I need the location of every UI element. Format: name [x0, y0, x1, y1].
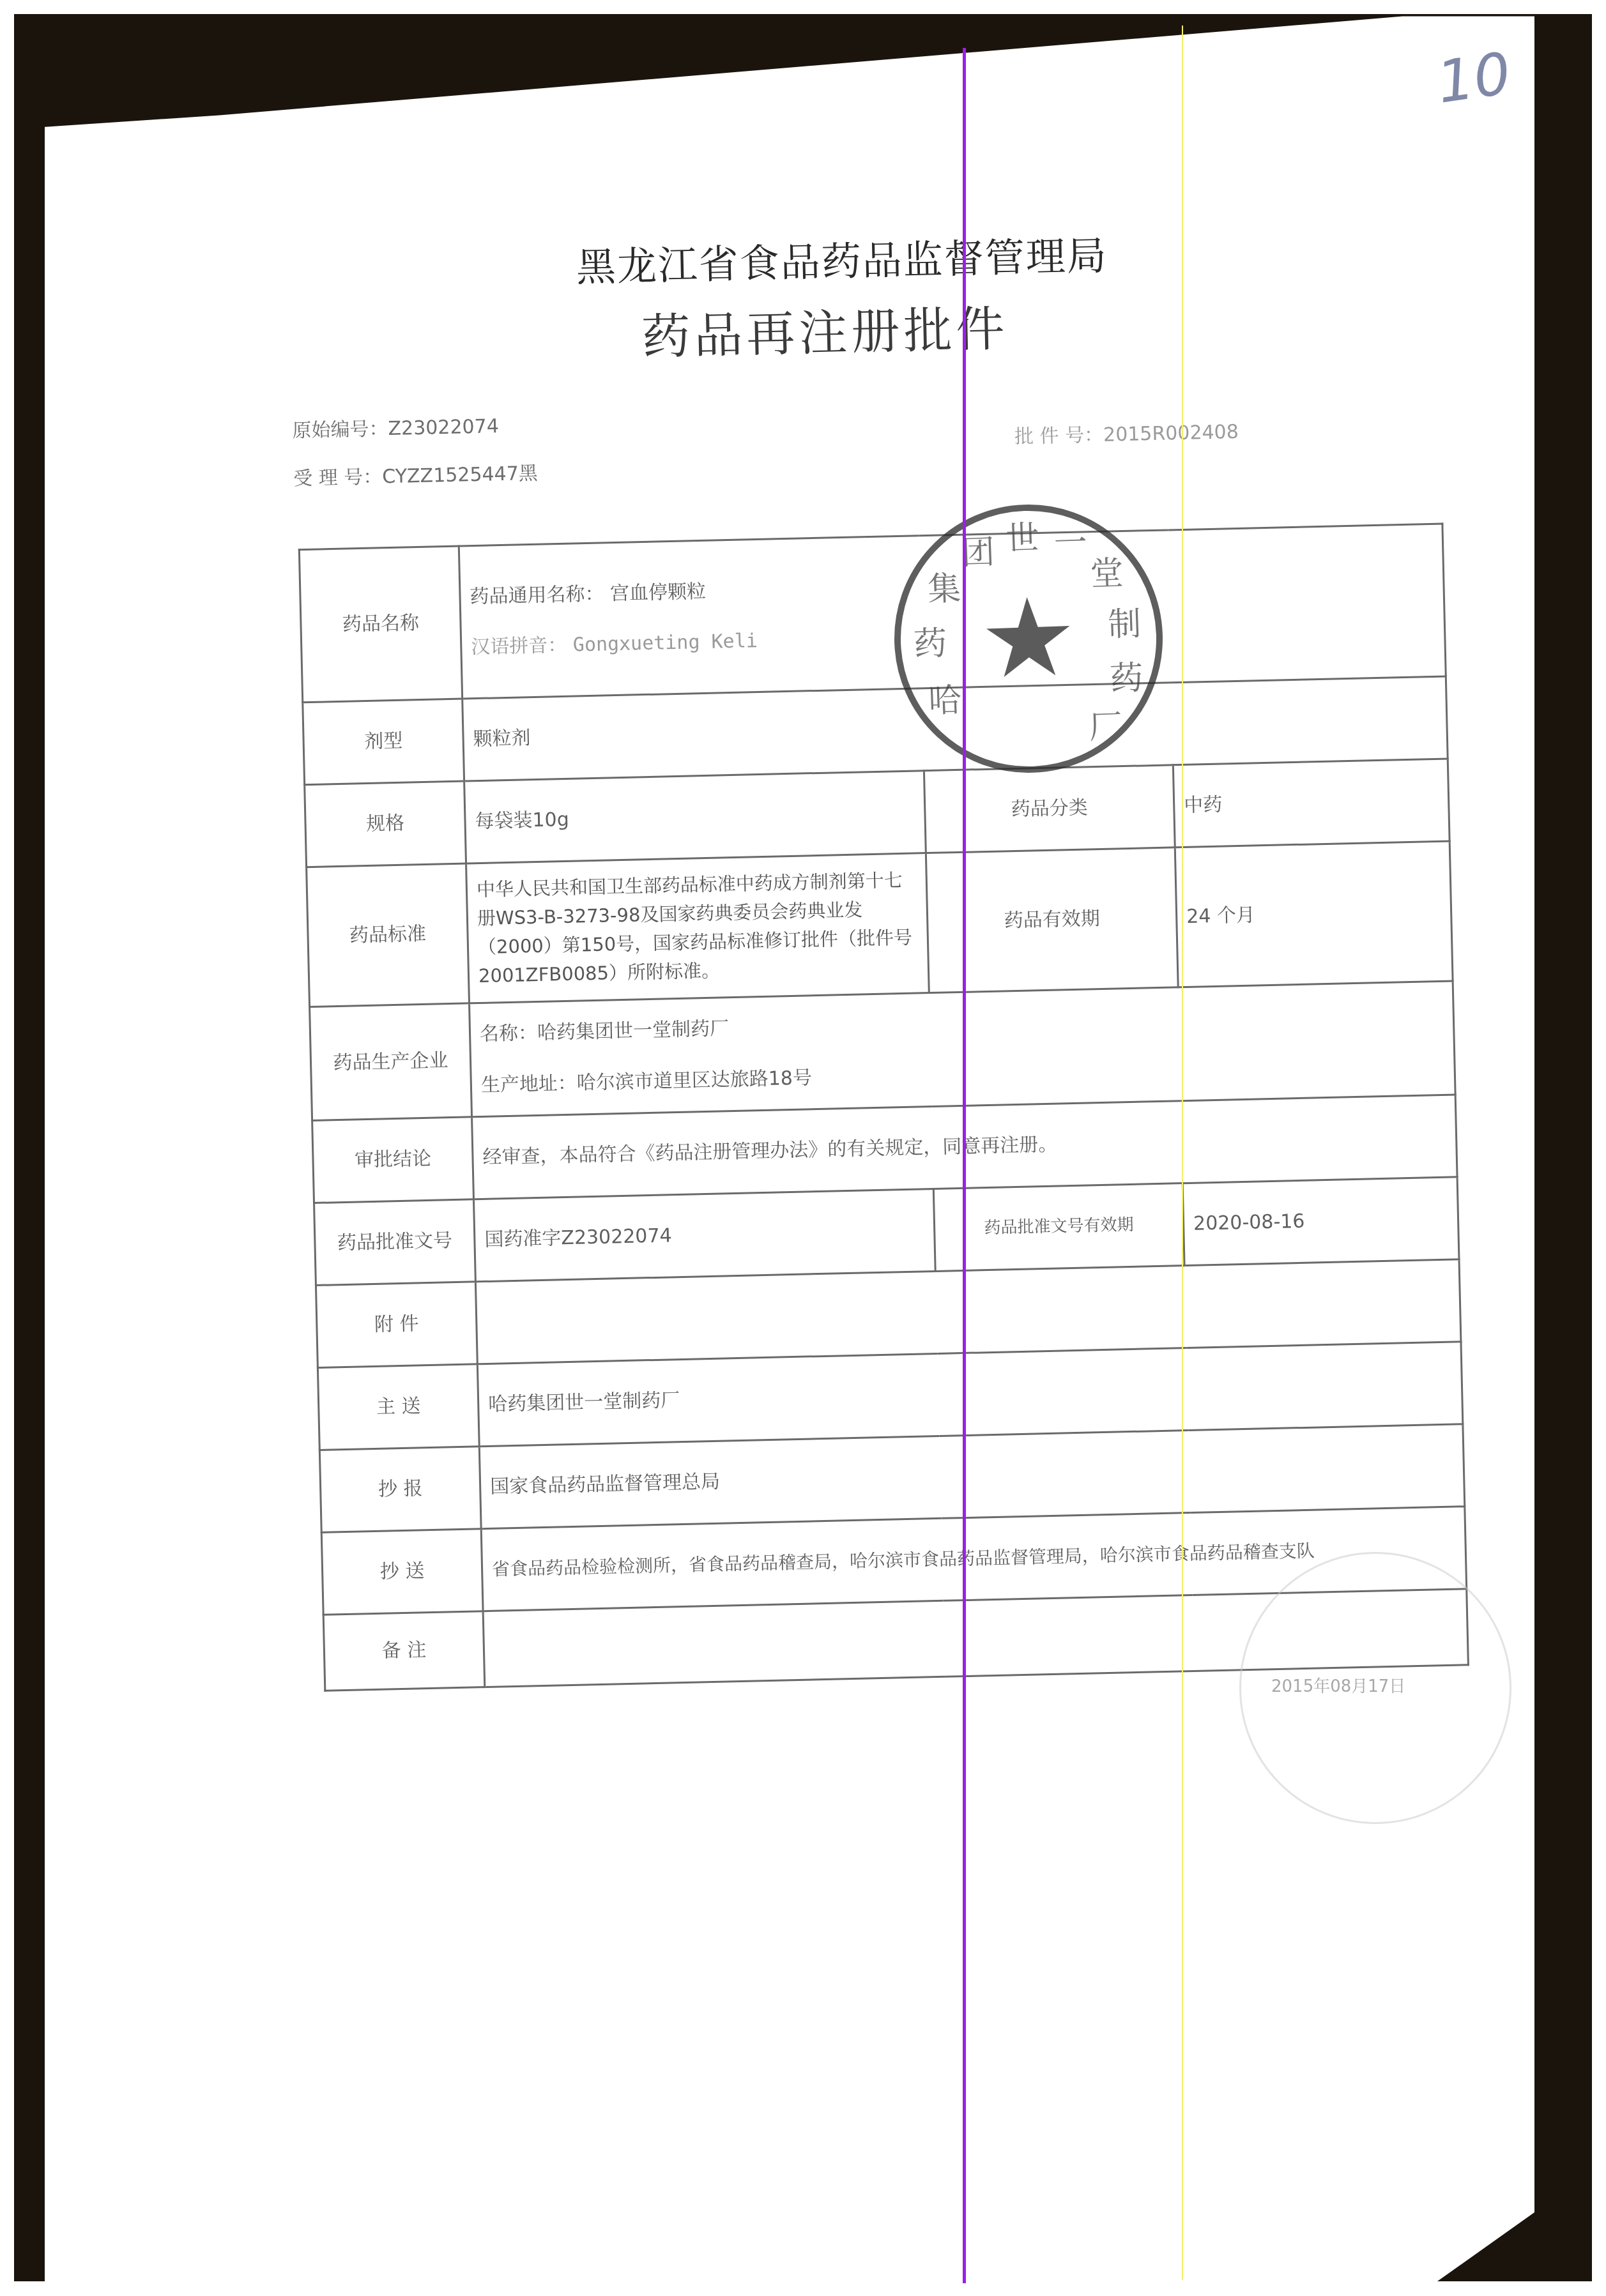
issuer-name: 黑龙江省食品药品监督管理局 — [576, 224, 1108, 293]
acceptance-number-label: 受 理 号： — [293, 466, 383, 490]
seal-char: 一 — [1053, 515, 1088, 565]
manufacturer-address-label: 生产地址： — [481, 1072, 577, 1096]
manufacturer-address-value: 哈尔滨市道里区达旅路18号 — [576, 1067, 812, 1094]
row-label: 规格 — [305, 781, 466, 867]
star-icon: ★ — [978, 582, 1079, 694]
pinyin-label: 汉语拼音： — [471, 634, 567, 658]
generic-name-label: 药品通用名称： — [470, 582, 604, 608]
approval-number-expiry-value: 2020-08-16 — [1182, 1177, 1459, 1266]
acceptance-number: 受 理 号：CYZZ1525447黑 — [293, 457, 538, 491]
row-label: 药品批准文号有效期 — [933, 1183, 1184, 1272]
seal-char: 制 — [1107, 597, 1142, 646]
manufacturer-name-label: 名称： — [480, 1022, 538, 1045]
scanner-artifact-line — [1182, 26, 1183, 2280]
original-number-value: Z23022074 — [388, 415, 499, 440]
row-label: 备 注 — [323, 1611, 485, 1691]
original-number-label: 原始编号： — [292, 418, 388, 442]
scanner-artifact-line — [963, 48, 966, 2283]
drug-standard-value: 中华人民共和国卫生部药品标准中药成方制剂第十七册WS3-B-3273-98及国家… — [466, 853, 929, 1003]
handwritten-page-number: 10 — [1433, 40, 1515, 117]
issue-date-stamp: 2015年08月17日 — [1271, 1673, 1405, 1697]
approval-doc-label: 批 件 号： — [1014, 424, 1104, 448]
original-number: 原始编号：Z23022074 — [292, 410, 499, 443]
pinyin-value: Gongxueting Keli — [572, 630, 758, 657]
seal-char: 集 — [927, 561, 962, 611]
row-label: 审批结论 — [312, 1117, 474, 1203]
manufacturer-name-value: 哈药集团世一堂制药厂 — [537, 1017, 730, 1044]
row-label: 抄 报 — [319, 1447, 481, 1533]
acceptance-number-value: CYZZ1525447黑 — [382, 462, 538, 489]
official-seal: 哈 药 集 团 世 一 堂 制 药 厂 ★ — [890, 500, 1167, 777]
approval-table: 药品名称 药品通用名称： 宫血停颗粒 汉语拼音： Gongxueting Kel… — [298, 523, 1469, 1692]
row-label: 药品分类 — [924, 765, 1175, 853]
scanner-edge-left — [14, 14, 45, 2281]
table-row: 药品名称 药品通用名称： 宫血停颗粒 汉语拼音： Gongxueting Kel… — [299, 524, 1446, 703]
seal-char: 药 — [1109, 651, 1144, 700]
seal-char: 药 — [913, 616, 948, 665]
seal-char: 哈 — [928, 673, 963, 722]
row-label: 剂型 — [303, 699, 464, 785]
seal-char: 厂 — [1088, 699, 1123, 749]
row-label: 抄 送 — [321, 1529, 483, 1615]
row-label: 药品名称 — [299, 546, 462, 703]
seal-char: 世 — [1005, 510, 1040, 559]
specification-value: 每袋装10g — [464, 771, 926, 863]
approval-number-value: 国药准字Z23022074 — [473, 1189, 935, 1281]
table-row: 药品标准 中华人民共和国卫生部药品标准中药成方制剂第十七册WS3-B-3273-… — [307, 841, 1453, 1007]
row-label: 附 件 — [316, 1282, 477, 1368]
row-label: 药品标准 — [307, 863, 470, 1007]
approval-doc-value: 2015R002408 — [1103, 421, 1239, 446]
seal-char: 堂 — [1089, 546, 1124, 595]
row-label: 药品批准文号 — [314, 1199, 476, 1286]
generic-name-value: 宫血停颗粒 — [610, 580, 707, 604]
row-label: 主 送 — [317, 1364, 479, 1450]
approval-doc-number: 批 件 号：2015R002408 — [1014, 416, 1239, 449]
row-label: 药品生产企业 — [310, 1003, 472, 1121]
scanner-edge-right — [1534, 14, 1592, 2281]
drug-category-value: 中药 — [1173, 759, 1449, 848]
shelf-life-value: 24 个月 — [1175, 841, 1453, 987]
document-title: 药品再注册批件 — [641, 290, 1009, 368]
